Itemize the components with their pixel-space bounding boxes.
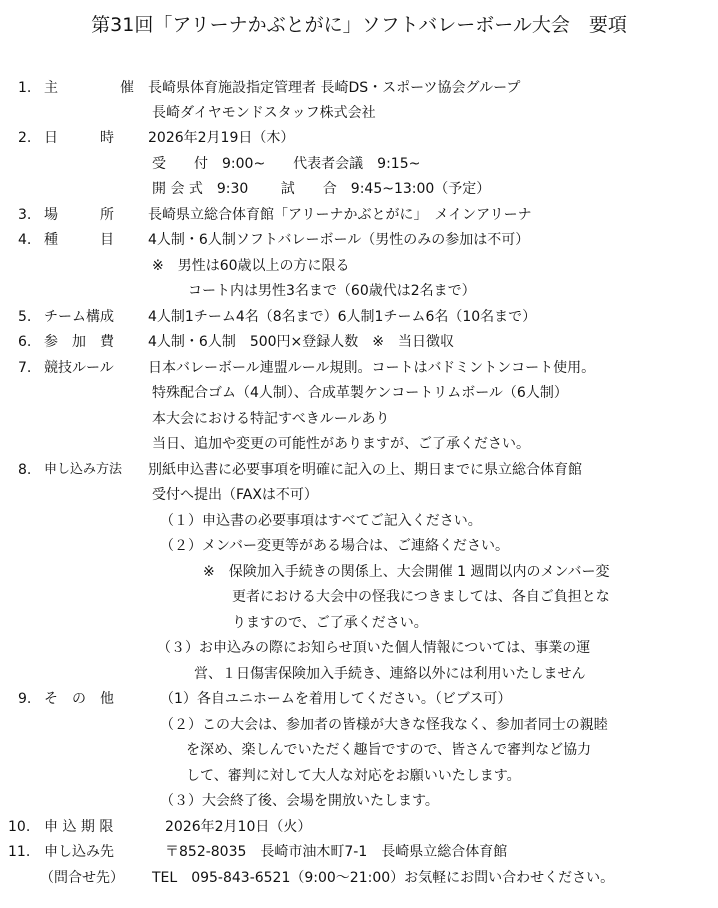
- section-8-number: 8.: [18, 461, 31, 479]
- section-7-label: 競技ルール: [44, 359, 114, 377]
- section-11-label: 申し込み先: [44, 843, 114, 861]
- section-8-line-9: 営、１日傷害保険加入手続き、連絡以外には利用いたしません: [194, 665, 585, 683]
- section-7-line-3: 本大会における特記すべきルールあり: [152, 410, 389, 428]
- section-5-number: 5.: [18, 308, 31, 326]
- section-1-line-1: 長崎県体育施設指定管理者 長崎DS・スポーツ協会グループ: [148, 79, 520, 97]
- section-4-number: 4.: [18, 231, 31, 249]
- section-4-line-2: ※ 男性は60歳以上の方に限る: [152, 257, 350, 275]
- section-11-line-1: 〒852-8035 長崎市油木町7-1 長崎県立総合体育館: [165, 843, 507, 861]
- section-5-label: チーム構成: [44, 308, 114, 326]
- section-9-line-2: （２）この大会は、参加者の皆様が大きな怪我なく、参加者同士の親睦: [160, 716, 608, 734]
- section-6-line-1: 4人制・6人制 500円×登録人数 ※ 当日徴収: [148, 333, 454, 351]
- section-2-line-1: 2026年2月19日（木）: [148, 129, 294, 147]
- section-3-label: 場 所: [44, 206, 114, 224]
- section-10-number: 10.: [8, 818, 30, 836]
- section-8-line-7: りますので、ご了承ください。: [232, 614, 428, 632]
- section-1-number: 1.: [18, 79, 31, 97]
- section-4-line-1: 4人制・6人制ソフトバレーボール（男性のみの参加は不可）: [148, 231, 529, 249]
- section-3-line-1: 長崎県立総合体育館「アリーナかぶとがに」 メインアリーナ: [148, 206, 532, 224]
- section-7-line-1: 日本バレーボール連盟ルール規則。コートはバドミントンコート使用。: [148, 359, 595, 377]
- section-9-number: 9.: [18, 690, 31, 708]
- section-4-line-3: コート内は男性3名まで（60歳代は2名まで）: [188, 282, 476, 300]
- section-8-line-6: 更者における大会中の怪我につきましては、各自ご負担とな: [232, 588, 610, 606]
- section-6-number: 6.: [18, 333, 31, 351]
- section-1-label: 主 催: [44, 79, 134, 97]
- section-1-line-2: 長崎ダイヤモンドスタッフ株式会社: [152, 104, 376, 122]
- section-7-number: 7.: [18, 359, 31, 377]
- section-8-line-4: （２）メンバー変更等がある場合は、ご連絡ください。: [160, 537, 509, 555]
- section-3-number: 3.: [18, 206, 31, 224]
- section-5-line-1: 4人制1チーム4名（8名まで）6人制1チーム6名（10名まで）: [148, 308, 536, 326]
- section-9-line-4: して、審判に対して大人な対応をお願いいたします。: [186, 767, 521, 785]
- section-10-line-1: 2026年2月10日（火）: [165, 818, 311, 836]
- section-8-line-1: 別紙申込書に必要事項を明確に記入の上、期日までに県立総合体育館: [148, 461, 582, 479]
- section-8-line-8: （３）お申込みの際にお知らせ頂いた個人情報については、事業の運: [157, 639, 590, 657]
- section-4-label: 種 目: [44, 231, 114, 249]
- inquiry-text: TEL 095-843-6521（9:00～21:00）お気軽にお問い合わせくだ…: [152, 869, 614, 887]
- section-8-line-5: ※ 保険加入手続きの関係上、大会開催 1 週間以内のメンバー変: [203, 563, 610, 581]
- section-9-line-1: （1）各自ユニホームを着用してください。（ビブス可）: [160, 690, 511, 708]
- section-9-label: そ の 他: [44, 690, 114, 708]
- section-9-line-3: を深め、楽しんでいただく趣旨ですので、皆さんで審判など協力: [186, 741, 591, 759]
- section-8-line-2: 受付へ提出（FAXは不可）: [152, 486, 318, 504]
- section-2-number: 2.: [18, 129, 31, 147]
- inquiry-label: （問合せ先）: [40, 869, 124, 887]
- section-2-label: 日 時: [44, 129, 114, 147]
- section-9-line-5: （３）大会終了後、会場を開放いたします。: [160, 792, 439, 810]
- section-6-label: 参 加 費: [44, 333, 114, 351]
- section-8-label: 申し込み方法: [44, 461, 122, 479]
- section-2-line-2: 受 付 9:00~ 代表者会議 9:15~: [152, 155, 420, 173]
- document-title: 第31回「アリーナかぶとがに」ソフトバレーボール大会 要項: [0, 10, 718, 37]
- section-11-number: 11.: [8, 843, 30, 861]
- section-7-line-4: 当日、追加や変更の可能性がありますが、ご了承ください。: [152, 435, 530, 453]
- section-2-line-3: 開 会 式 9:30 試 合 9:45~13:00（予定）: [152, 180, 490, 198]
- section-8-line-3: （１）申込書の必要事項はすべてご記入ください。: [160, 512, 482, 530]
- section-7-line-2: 特殊配合ゴム（4人制）、合成革製ケンコートリムボール（6人制）: [152, 384, 568, 402]
- section-10-label: 申 込 期 限: [44, 818, 113, 836]
